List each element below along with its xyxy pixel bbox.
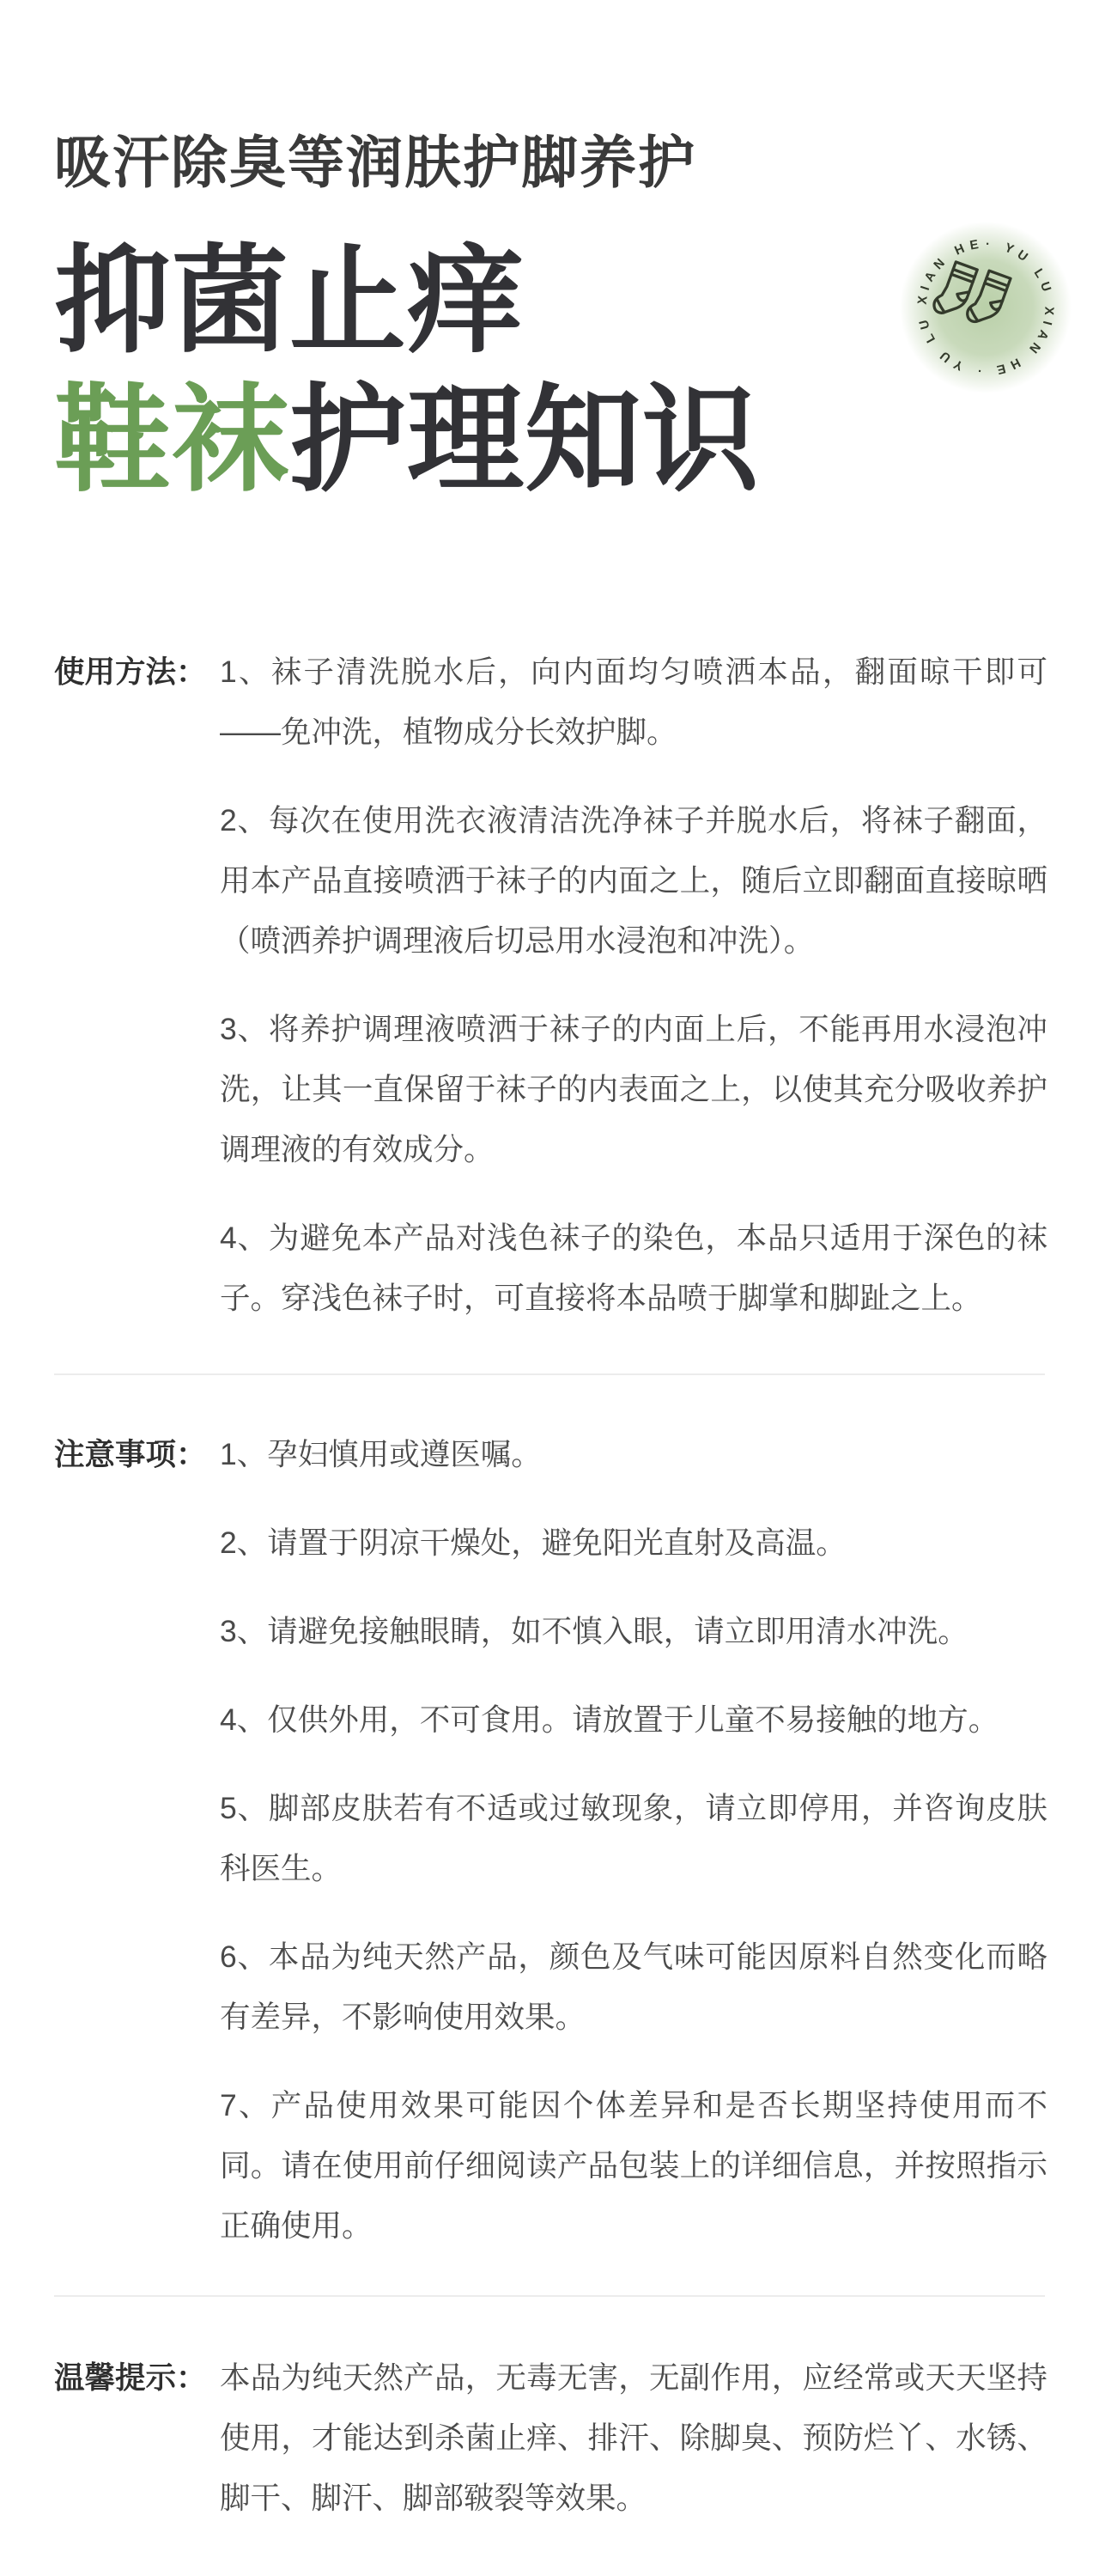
list-item: 2、每次在使用洗衣液清洁洗净袜子并脱水后，将袜子翻面，用本产品直接喷洒于袜子的内… [220,790,1047,971]
list-item: 4、仅供外用，不可食用。请放置于儿童不易接触的地方。 [220,1690,1047,1750]
list-item: 5、脚部皮肤若有不适或过敏现象，请立即停用，并咨询皮肤科医生。 [220,1778,1047,1898]
list-item: 3、请避免接触眼睛，如不慎入眼，请立即用清水冲洗。 [220,1601,1047,1661]
list-item: 6、本品为纯天然产品，颜色及气味可能因原料自然变化而略有差异，不影响使用效果。 [220,1927,1047,2047]
section-items: 1、袜子清洗脱水后，向内面均匀喷洒本品，翻面晾干即可——免冲洗，植物成分长效护脚… [220,642,1047,1328]
list-item: 2、请置于阴凉干燥处，避免阳光直射及高温。 [220,1513,1047,1573]
section-label: 使用方法： [54,642,220,702]
product-care-infographic: 吸汗除臭等润肤护脚养护 抑菌止痒 鞋袜护理知识 · YU LU XI [0,0,1099,2576]
list-item: 1、孕妇慎用或遵医嘱。 [220,1424,1047,1484]
brand-badge-graphic: · YU LU XIAN HE · YU LU XIAN HE [898,220,1073,395]
title-rest: 护理知识 [289,375,760,505]
section-tips: 温馨提示： 本品为纯天然产品，无毒无害，无副作用，应经常或天天坚持使用，才能达到… [54,2348,1047,2528]
section-label: 注意事项： [54,1424,220,1484]
list-item: 3、将养护调理液喷洒于袜子的内面上后，不能再用水浸泡冲洗，让其一直保留于袜子的内… [220,999,1047,1179]
list-item: 7、产品使用效果可能因个体差异和是否长期坚持使用而不同。请在使用前仔细阅读产品包… [220,2075,1047,2256]
section-label: 温馨提示： [54,2348,220,2408]
section-usage: 使用方法： 1、袜子清洗脱水后，向内面均匀喷洒本品，翻面晾干即可——免冲洗，植物… [54,642,1047,1328]
brand-badge: · YU LU XIAN HE · YU LU XIAN HE [898,220,1073,395]
header-eyebrow: 吸汗除臭等润肤护脚养护 [54,129,1047,197]
header: 吸汗除臭等润肤护脚养护 抑菌止痒 鞋袜护理知识 · YU LU XI [0,0,1099,509]
section-notes: 注意事项： 1、孕妇慎用或遵医嘱。2、请置于阴凉干燥处，避免阳光直射及高温。3、… [54,1424,1047,2256]
divider [54,1373,1045,1375]
divider [54,2295,1045,2297]
content: 注意事项： 1、孕妇慎用或遵医嘱。2、请置于阴凉干燥处，避免阳光直射及高温。3、… [0,1424,1099,2256]
title-accent: 鞋袜 [54,375,289,505]
list-item: 4、为避免本产品对浅色袜子的染色，本品只适用于深色的袜子。穿浅色袜子时，可直接将… [220,1208,1047,1328]
list-item: 本品为纯天然产品，无毒无害，无副作用，应经常或天天坚持使用，才能达到杀菌止痒、排… [220,2348,1047,2528]
section-items: 本品为纯天然产品，无毒无害，无副作用，应经常或天天坚持使用，才能达到杀菌止痒、排… [220,2348,1047,2528]
content: 使用方法： 1、袜子清洗脱水后，向内面均匀喷洒本品，翻面晾干即可——免冲洗，植物… [0,642,1099,1328]
content: 温馨提示： 本品为纯天然产品，无毒无害，无副作用，应经常或天天坚持使用，才能达到… [0,2348,1099,2528]
list-item: 1、袜子清洗脱水后，向内面均匀喷洒本品，翻面晾干即可——免冲洗，植物成分长效护脚… [220,642,1047,762]
section-items: 1、孕妇慎用或遵医嘱。2、请置于阴凉干燥处，避免阳光直射及高温。3、请避免接触眼… [220,1424,1047,2256]
